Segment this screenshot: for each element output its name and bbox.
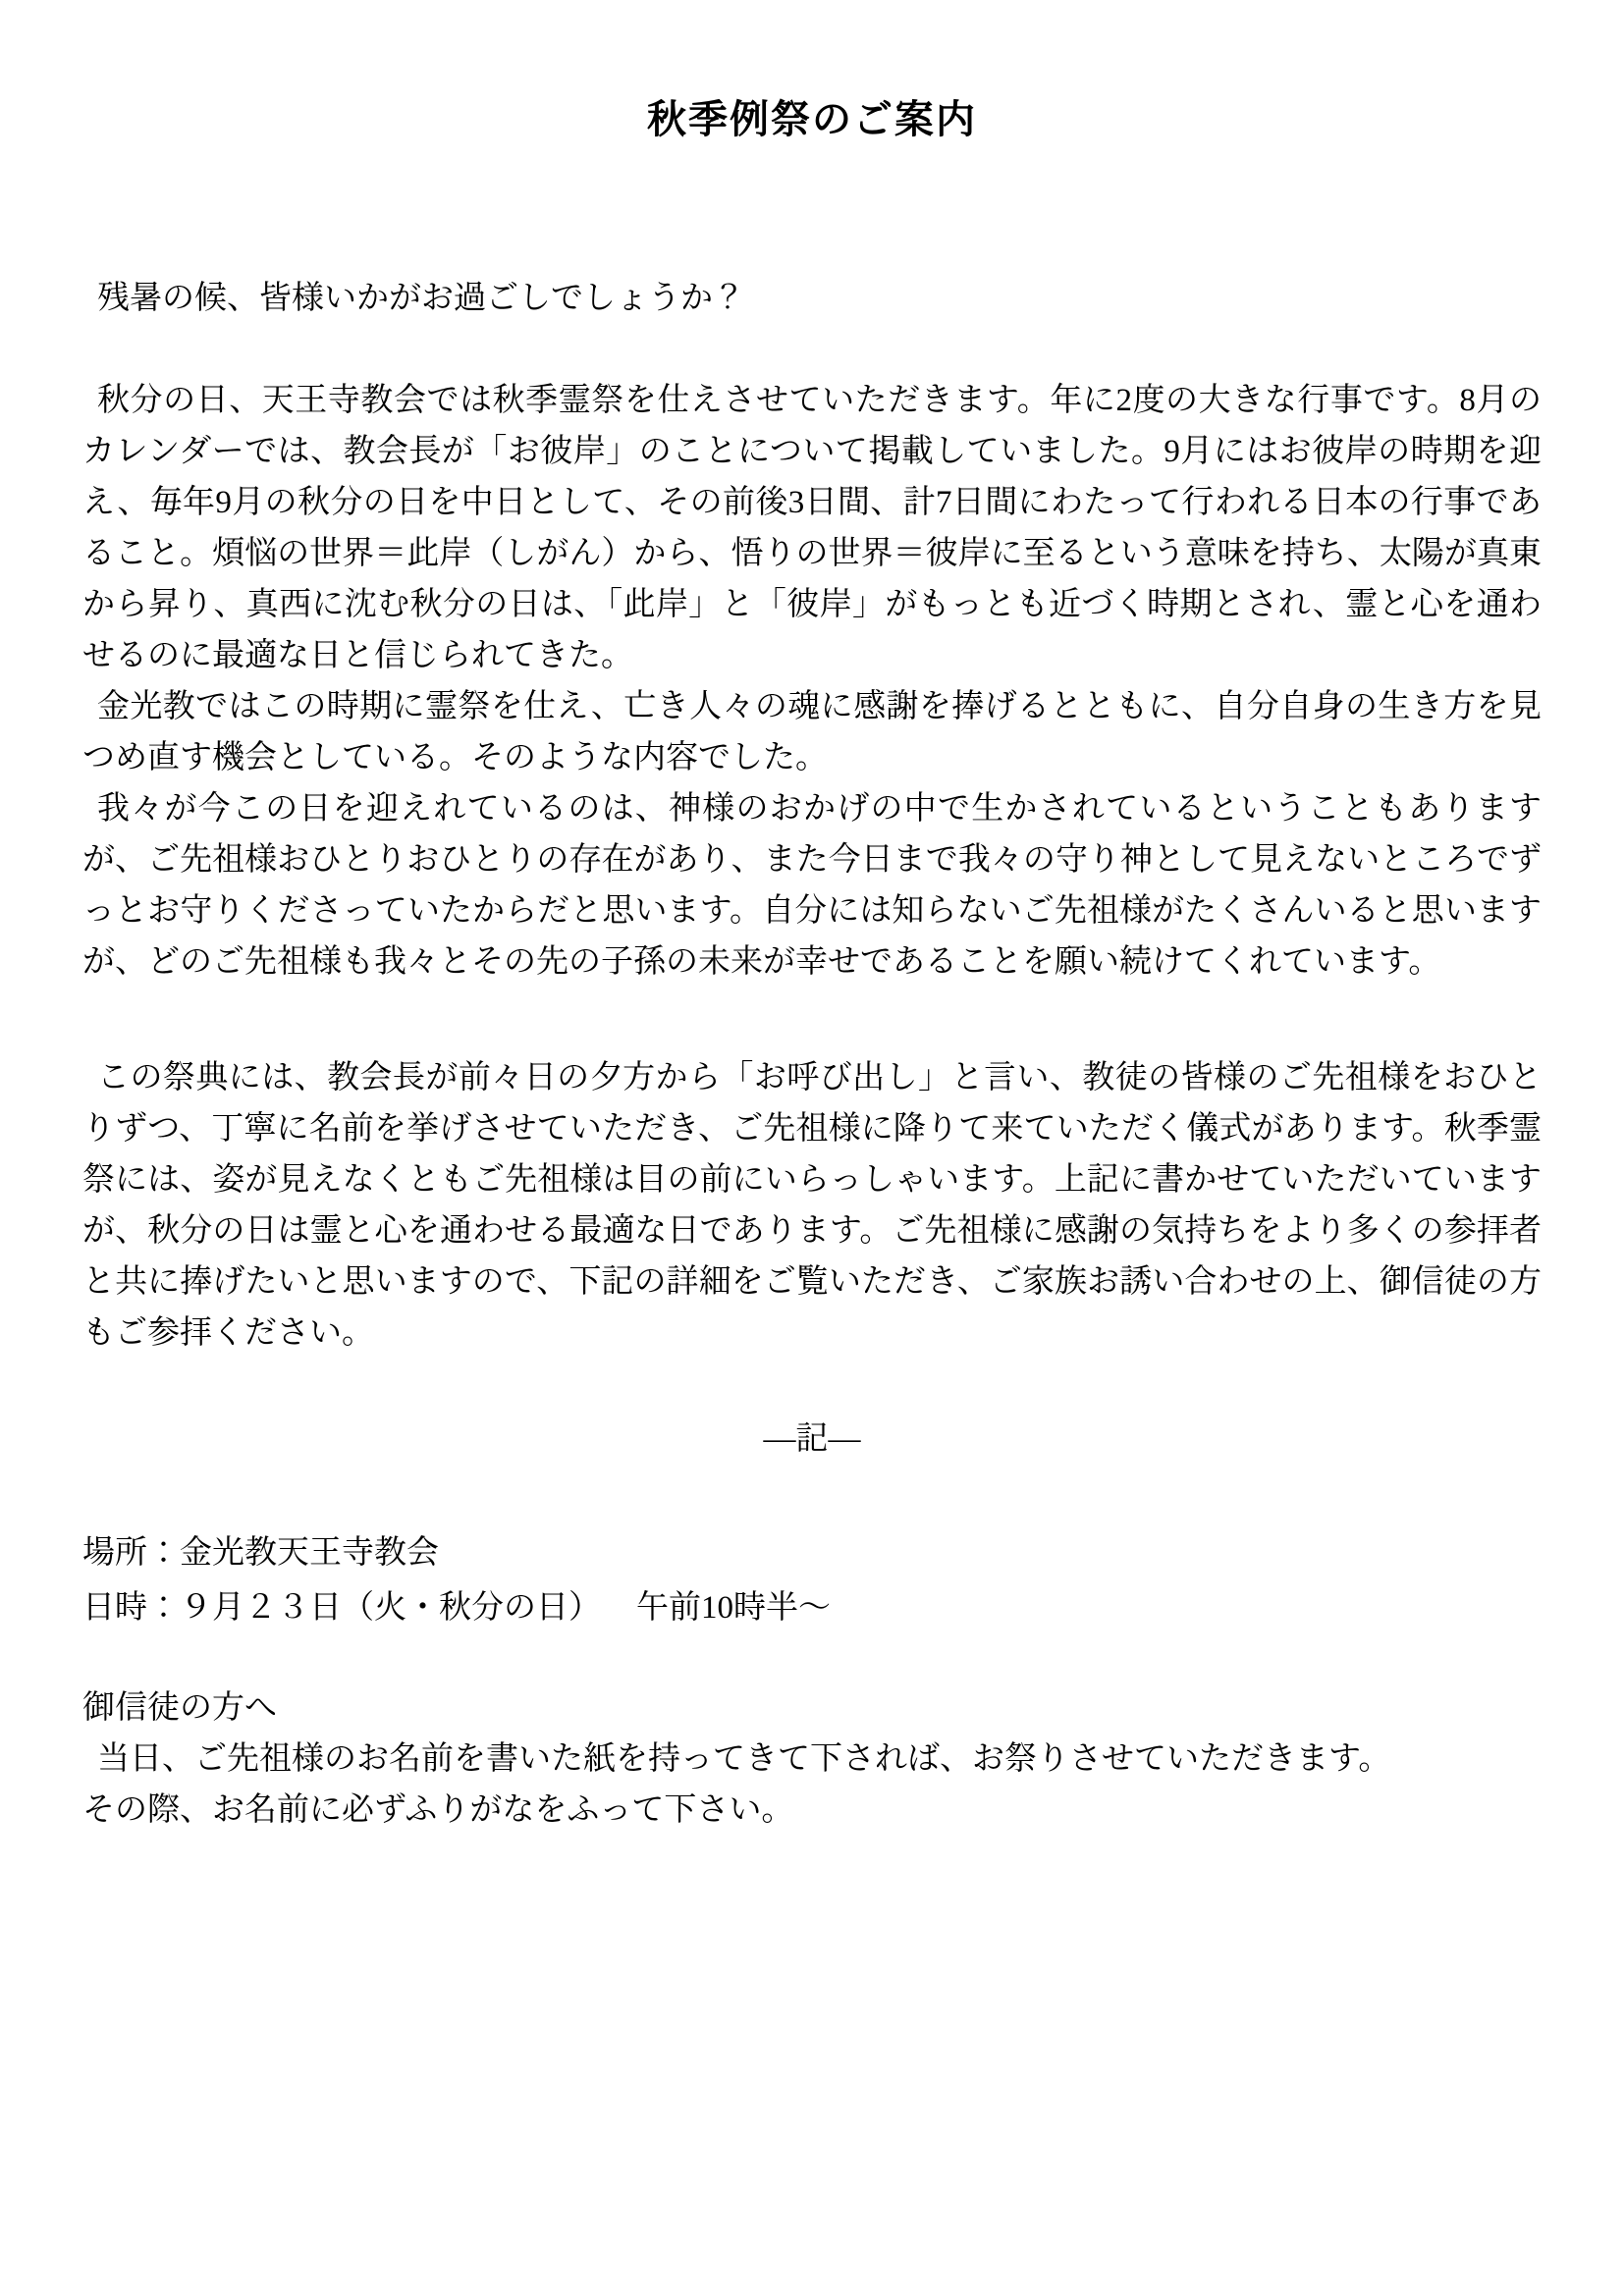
- body-paragraph-1: 秋分の日、天王寺教会では秋季霊祭を仕えさせていただきます。年に2度の大きな行事で…: [82, 375, 1542, 681]
- place-line: 場所：金光教天王寺教会: [82, 1525, 1542, 1580]
- body-paragraph-3: 我々が今この日を迎えれているのは、神様のおかげの中で生かされているということもあ…: [82, 783, 1542, 988]
- document-page: 秋季例祭のご案内 残暑の候、皆様いかがお過ごしでしょうか？ 秋分の日、天王寺教会…: [0, 0, 1624, 2296]
- record-marker: ―記―: [82, 1414, 1542, 1465]
- datetime-line: 日時：９月２３日（火・秋分の日）午前10時半～: [82, 1580, 1542, 1635]
- greeting-paragraph: 残暑の候、皆様いかがお過ごしでしょうか？: [82, 273, 1542, 324]
- body-paragraph-4: この祭典には、教会長が前々日の夕方から「お呼び出し」と言い、教徒の皆様のご先祖様…: [82, 1052, 1542, 1359]
- time-text: 午前10時半～: [636, 1590, 831, 1626]
- believer-notice: 御信徒の方へ 当日、ご先祖様のお名前を書いた紙を持ってきて下されば、お祭りさせて…: [82, 1682, 1542, 1836]
- page-title: 秋季例祭のご案内: [82, 94, 1542, 145]
- notice-line-1: 当日、ご先祖様のお名前を書いた紙を持ってきて下されば、お祭りさせていただきます。: [82, 1734, 1542, 1785]
- notice-heading: 御信徒の方へ: [82, 1682, 1542, 1734]
- event-details: 場所：金光教天王寺教会 日時：９月２３日（火・秋分の日）午前10時半～: [82, 1525, 1542, 1635]
- body-paragraph-2: 金光教ではこの時期に霊祭を仕え、亡き人々の魂に感謝を捧げるとともに、自分自身の生…: [82, 681, 1542, 783]
- notice-line-2: その際、お名前に必ずふりがなをふって下さい。: [82, 1785, 1542, 1836]
- date-text: 日時：９月２３日（火・秋分の日）: [82, 1590, 601, 1626]
